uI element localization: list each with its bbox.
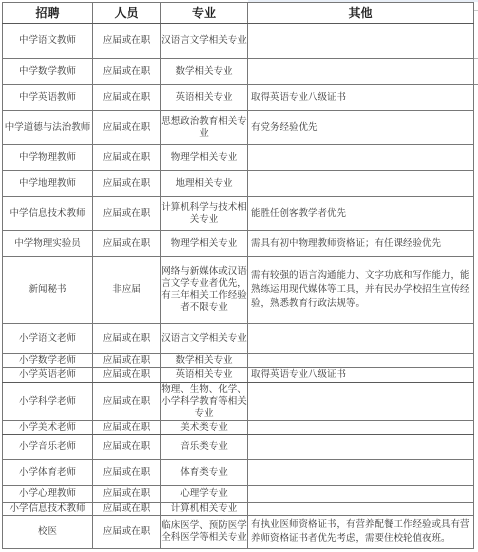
cell-candidate-type: 应届或在职: [93, 435, 161, 460]
table-row: 中学语文教师 应届或在职 汉语言文学相关专业: [3, 24, 474, 59]
table-row: 中学数学教师 应届或在职 数学相关专业: [3, 59, 474, 85]
table-row: 小学语文老师 应届或在职 汉语言文学相关专业: [3, 324, 474, 354]
cell-major: 汉语言文学相关专业: [161, 24, 248, 59]
cell-other: 需有较强的语言沟通能力、文字功底和写作能力，能熟练运用现代媒体等工具，并有民办学…: [248, 257, 474, 324]
cell-other: 能胜任创客教学者优先: [248, 197, 474, 231]
table-row: 小学信息技术教师 应届或在职 计算机相关专业: [3, 503, 474, 516]
cell-major: 思想政治教育相关专业: [161, 111, 248, 145]
cell-other: 需具有初中物理教师资格证；有任课经验优先: [248, 231, 474, 257]
header-row: 招聘 人员 专业 其他: [3, 3, 474, 24]
table-row: 校医 应届或在职 临床医学、预防医学全科医学等相关专业 有执业医师资格证书，有营…: [3, 516, 474, 549]
cell-position: 校医: [3, 516, 93, 549]
cell-major: 英语相关专业: [161, 85, 248, 111]
cell-major: 物理学相关专业: [161, 231, 248, 257]
cell-position: 中学道德与法治教师: [3, 111, 93, 145]
cell-position: 小学信息技术教师: [3, 503, 93, 516]
cell-other: [248, 435, 474, 460]
cell-position: 小学英语老师: [3, 368, 93, 383]
cell-candidate-type: 非应届: [93, 257, 161, 324]
cell-candidate-type: 应届或在职: [93, 460, 161, 486]
table-row: 小学英语老师 应届或在职 英语相关专业 取得英语专业八级证书: [3, 368, 474, 383]
table-row: 小学美术老师 应届或在职 美术类专业: [3, 421, 474, 435]
cell-position: 中学物理实验员: [3, 231, 93, 257]
cell-position: 小学体育老师: [3, 460, 93, 486]
cell-major: 音乐类专业: [161, 435, 248, 460]
table-row: 中学信息技术教师 应届或在职 计算机科学与技术相关专业 能胜任创客教学者优先: [3, 197, 474, 231]
cell-major: 数学相关专业: [161, 59, 248, 85]
cell-major: 数学相关专业: [161, 354, 248, 368]
cell-major: 物理、生物、化学、小学科学教育等相关专业: [161, 383, 248, 421]
table-row: 小学心理教师 应届或在职 心理学专业: [3, 486, 474, 503]
cell-other: [248, 383, 474, 421]
cell-position: 小学音乐老师: [3, 435, 93, 460]
cell-position: 新闻秘书: [3, 257, 93, 324]
cell-position: 中学地理教师: [3, 171, 93, 197]
cell-candidate-type: 应届或在职: [93, 24, 161, 59]
cell-major: 体育类专业: [161, 460, 248, 486]
cell-candidate-type: 应届或在职: [93, 111, 161, 145]
cell-candidate-type: 应届或在职: [93, 354, 161, 368]
cell-position: 中学英语教师: [3, 85, 93, 111]
cell-candidate-type: 应届或在职: [93, 171, 161, 197]
cell-other: 取得英语专业八级证书: [248, 85, 474, 111]
cell-other: [248, 145, 474, 171]
cell-other: [248, 503, 474, 516]
cell-position: 小学美术老师: [3, 421, 93, 435]
cell-position: 小学科学老师: [3, 383, 93, 421]
cell-position: 中学数学教师: [3, 59, 93, 85]
cell-other: [248, 486, 474, 503]
cell-other: [248, 354, 474, 368]
table-row: 中学道德与法治教师 应届或在职 思想政治教育相关专业 有党务经验优先: [3, 111, 474, 145]
cell-candidate-type: 应届或在职: [93, 197, 161, 231]
cell-candidate-type: 应届或在职: [93, 85, 161, 111]
table-row: 中学英语教师 应届或在职 英语相关专业 取得英语专业八级证书: [3, 85, 474, 111]
cell-candidate-type: 应届或在职: [93, 503, 161, 516]
cell-major: 物理学相关专业: [161, 145, 248, 171]
cell-major: 计算机科学与技术相关专业: [161, 197, 248, 231]
column-header-other: 其他: [248, 3, 474, 24]
cell-other: [248, 24, 474, 59]
cell-candidate-type: 应届或在职: [93, 324, 161, 354]
cell-other: [248, 421, 474, 435]
cell-position: 小学语文老师: [3, 324, 93, 354]
cell-candidate-type: 应届或在职: [93, 486, 161, 503]
recruitment-table: 招聘 人员 专业 其他 中学语文教师 应届或在职 汉语言文学相关专业 中学数学教…: [2, 2, 474, 549]
cell-position: 中学物理教师: [3, 145, 93, 171]
cell-candidate-type: 应届或在职: [93, 59, 161, 85]
cell-position: 中学信息技术教师: [3, 197, 93, 231]
cell-other: 有党务经验优先: [248, 111, 474, 145]
table-row: 中学物理实验员 应届或在职 物理学相关专业 需具有初中物理教师资格证；有任课经验…: [3, 231, 474, 257]
table-row: 中学地理教师 应届或在职 地理相关专业: [3, 171, 474, 197]
cell-major: 汉语言文学相关专业: [161, 324, 248, 354]
cell-other: [248, 460, 474, 486]
table-row: 小学科学老师 应届或在职 物理、生物、化学、小学科学教育等相关专业: [3, 383, 474, 421]
cell-major: 地理相关专业: [161, 171, 248, 197]
cell-major: 英语相关专业: [161, 368, 248, 383]
cell-major: 临床医学、预防医学全科医学等相关专业: [161, 516, 248, 549]
column-header-recruitment: 招聘: [3, 3, 93, 24]
cell-candidate-type: 应届或在职: [93, 421, 161, 435]
cell-candidate-type: 应届或在职: [93, 516, 161, 549]
cell-candidate-type: 应届或在职: [93, 368, 161, 383]
cell-position: 小学心理教师: [3, 486, 93, 503]
table-row: 中学物理教师 应届或在职 物理学相关专业: [3, 145, 474, 171]
cell-position: 小学数学老师: [3, 354, 93, 368]
column-header-personnel: 人员: [93, 3, 161, 24]
table-row: 小学数学老师 应届或在职 数学相关专业: [3, 354, 474, 368]
cell-candidate-type: 应届或在职: [93, 231, 161, 257]
cell-other: 有执业医师资格证书，有营养配餐工作经验或具有营养师资格证书者优先考虑，需要住校轮…: [248, 516, 474, 549]
table-row: 新闻秘书 非应届 网络与新媒体或汉语言文学专业者优先，有三年相关工作经验者不限专…: [3, 257, 474, 324]
cell-other: [248, 171, 474, 197]
table-row: 小学音乐老师 应届或在职 音乐类专业: [3, 435, 474, 460]
cell-major: 美术类专业: [161, 421, 248, 435]
cell-candidate-type: 应届或在职: [93, 383, 161, 421]
cell-position: 中学语文教师: [3, 24, 93, 59]
cell-major: 心理学专业: [161, 486, 248, 503]
cell-major: 计算机相关专业: [161, 503, 248, 516]
table-row: 小学体育老师 应届或在职 体育类专业: [3, 460, 474, 486]
cell-other: 取得英语专业八级证书: [248, 368, 474, 383]
cell-candidate-type: 应届或在职: [93, 145, 161, 171]
cell-other: [248, 324, 474, 354]
column-header-major: 专业: [161, 3, 248, 24]
cell-major: 网络与新媒体或汉语言文学专业者优先，有三年相关工作经验者不限专业: [161, 257, 248, 324]
cell-other: [248, 59, 474, 85]
